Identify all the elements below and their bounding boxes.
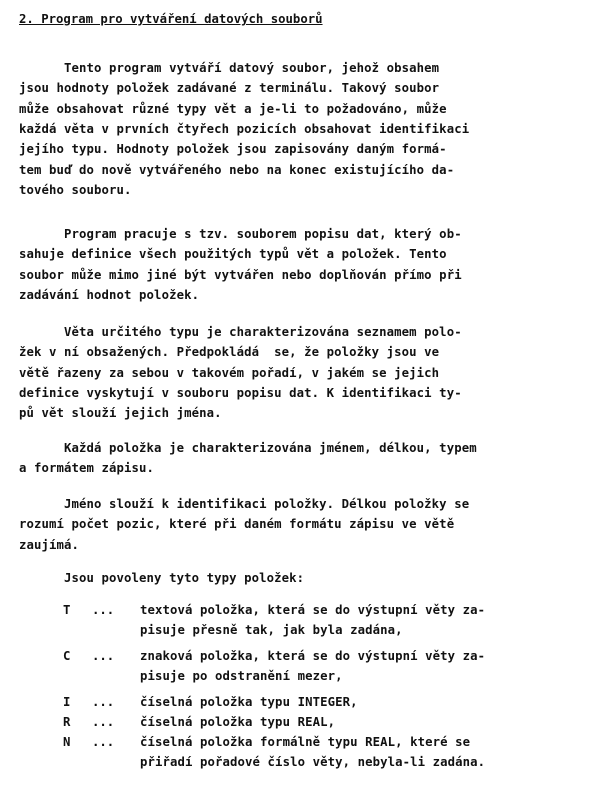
section-title: 2. Program pro vytváření datových soubor… [19,12,323,26]
text-line: Věta určitého typu je charakterizována s… [19,322,462,342]
text-line: jsou hodnoty položek zadávané z terminál… [19,78,439,98]
item-type-dots: ... [92,695,114,709]
text-line: definice vyskytují v souboru popisu dat.… [19,383,462,403]
text-line: jejího typu. Hodnoty položek jsou zapiso… [19,139,447,159]
item-type-dots: ... [92,735,114,749]
text-line: Jméno slouží k identifikaci položky. Dél… [19,494,469,514]
text-line: Tento program vytváří datový soubor, jeh… [19,58,439,78]
item-type-dots: ... [92,715,114,729]
text-line: tem buď do nově vytvářeného nebo na kone… [19,160,454,180]
text-line: soubor může mimo jiné být vytvářen nebo … [19,265,462,285]
text-line: pů vět slouží jejich jména. [19,403,222,423]
item-type-dots: ... [92,603,114,617]
item-type-description: textová položka, která se do výstupní vě… [140,600,485,620]
item-type-letter: R [63,715,70,729]
item-type-description: pisuje po odstranění mezer, [140,666,343,686]
item-type-letter: N [63,735,70,749]
text-line: zadávání hodnot položek. [19,285,199,305]
item-type-description: pisuje přesně tak, jak byla zadána, [140,620,403,640]
item-type-letter: C [63,649,70,663]
text-line: Jsou povoleny tyto typy položek: [19,568,304,588]
text-line: každá věta v prvních čtyřech pozicích ob… [19,119,469,139]
item-type-description: znaková položka, která se do výstupní vě… [140,646,485,666]
text-line: sahuje definice všech použitých typů vět… [19,244,447,264]
text-line: Program pracuje s tzv. souborem popisu d… [19,224,462,244]
item-type-dots: ... [92,649,114,663]
text-line: žek v ní obsažených. Předpokládá se, že … [19,342,439,362]
text-line: může obsahovat různé typy vět a je-li to… [19,99,447,119]
item-type-description: číselná položka typu INTEGER, [140,692,358,712]
document-page: 2. Program pro vytváření datových soubor… [0,0,603,804]
text-line: zaujímá. [19,535,79,555]
item-type-letter: T [63,603,70,617]
item-type-description: číselná položka formálně typu REAL, kter… [140,732,470,752]
text-line: tového souboru. [19,180,132,200]
item-type-description: přiřadí pořadové číslo věty, nebyla-li z… [140,752,485,772]
text-line: Každá položka je charakterizována jménem… [19,438,477,458]
item-type-letter: I [63,695,70,709]
text-line: větě řazeny za sebou v takovém pořadí, v… [19,363,439,383]
text-line: rozumí počet pozic, které při daném form… [19,514,454,534]
text-line: a formátem zápisu. [19,458,154,478]
item-type-description: číselná položka typu REAL, [140,712,335,732]
